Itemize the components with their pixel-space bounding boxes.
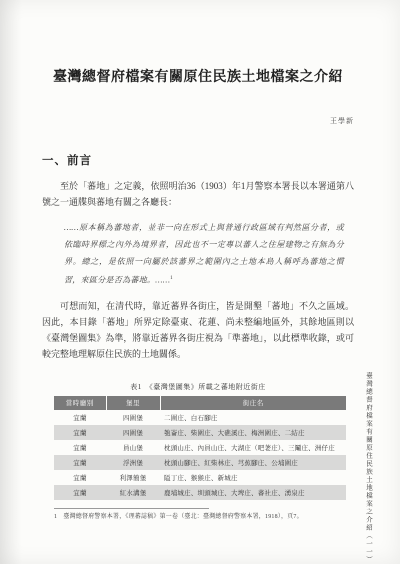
table-row: 宜蘭 浮洲堡 枕頭山腳庄、紅柴林庄、芎蕉腳庄、公埔圍庄 bbox=[54, 455, 346, 470]
table-row: 宜蘭 四圍堡 匏崙庄、柴圍庄、大礁溪庄、梅洲圍庄、二結庄 bbox=[54, 425, 346, 440]
column-header-prefecture: 當時廳別 bbox=[54, 396, 106, 410]
gazetteer-table: 當時廳別 堡里 街庄名 宜蘭 四圍堡 二圍庄、白石腳庄 宜蘭 四圍堡 匏崙庄、柴… bbox=[54, 396, 346, 500]
paragraph-discussion: 可想而知，在清代時，靠近蕃界各街庄，皆是開墾「蕃地」不久之區域。因此，本目錄「蕃… bbox=[42, 298, 354, 362]
column-header-villages: 街庄名 bbox=[160, 396, 346, 410]
footnote-separator bbox=[54, 508, 209, 509]
column-header-district: 堡里 bbox=[106, 396, 160, 410]
cell-villages: 隘丁庄、猴猴庄、新城庄 bbox=[160, 470, 346, 485]
block-quote: ……原本稱為蕃地者，並非一向在形式上與普通行政區域有判然區分者，或依臨時界標之內… bbox=[64, 219, 344, 289]
table-row: 宜蘭 員山堡 枕頭山庄、內員山庄、大湖庄（吧荖庄）、三鬮庄、洲仔庄 bbox=[54, 440, 346, 455]
cell-district: 浮洲堡 bbox=[106, 455, 160, 470]
table-body: 宜蘭 四圍堡 二圍庄、白石腳庄 宜蘭 四圍堡 匏崙庄、柴圍庄、大礁溪庄、梅洲圍庄… bbox=[54, 410, 346, 500]
page-title: 臺灣總督府檔案有關原住民族土地檔案之介紹 bbox=[42, 66, 354, 86]
cell-prefecture: 宜蘭 bbox=[54, 440, 106, 455]
cell-prefecture: 宜蘭 bbox=[54, 410, 106, 425]
table-row: 宜蘭 紅水溝堡 鹿埔城庄、圳頭城庄、大埤庄、蕃社庄、湧泉庄 bbox=[54, 485, 346, 500]
table-row: 宜蘭 利澤簡堡 隘丁庄、猴猴庄、新城庄 bbox=[54, 470, 346, 485]
scanned-document-page: 臺灣總督府檔案有關原住民族土地檔案之介紹 王學新 一、前言 至於「蕃地」之定義，… bbox=[0, 0, 400, 564]
table-header-row: 當時廳別 堡里 街庄名 bbox=[54, 396, 346, 410]
cell-district: 員山堡 bbox=[106, 440, 160, 455]
table-caption: 表1 《臺灣堡圖集》所載之蕃地附近街庄 bbox=[42, 382, 354, 392]
side-running-title: 臺灣總督府檔案有關原住民族土地檔案之介紹（一一） bbox=[364, 372, 373, 564]
cell-district: 利澤簡堡 bbox=[106, 470, 160, 485]
block-quote-text: ……原本稱為蕃地者，並非一向在形式上與普通行政區域有判然區分者，或依臨時界標之內… bbox=[64, 223, 344, 285]
table-row: 宜蘭 四圍堡 二圍庄、白石腳庄 bbox=[54, 410, 346, 425]
cell-villages: 匏崙庄、柴圍庄、大礁溪庄、梅洲圍庄、二結庄 bbox=[160, 425, 346, 440]
paragraph-intro: 至於「蕃地」之定義，依照明治36（1903）年1月警察本署長以本署通第八號之一通… bbox=[42, 178, 354, 210]
table-block: 表1 《臺灣堡圖集》所載之蕃地附近街庄 當時廳別 堡里 街庄名 宜蘭 四圍堡 二… bbox=[42, 382, 354, 500]
cell-prefecture: 宜蘭 bbox=[54, 455, 106, 470]
cell-district: 紅水溝堡 bbox=[106, 485, 160, 500]
cell-villages: 枕頭山庄、內員山庄、大湖庄（吧荖庄）、三鬮庄、洲仔庄 bbox=[160, 440, 346, 455]
cell-district: 四圍堡 bbox=[106, 425, 160, 440]
author-name: 王學新 bbox=[42, 116, 354, 126]
section-heading-preface: 一、前言 bbox=[42, 152, 354, 168]
page-content: 臺灣總督府檔案有關原住民族土地檔案之介紹 王學新 一、前言 至於「蕃地」之定義，… bbox=[42, 0, 354, 520]
footnote-text: 1 臺灣總督府警察本署，《理蕃誌稿》第一卷（臺北：臺灣總督府警察本署，1918）… bbox=[54, 511, 354, 520]
cell-prefecture: 宜蘭 bbox=[54, 425, 106, 440]
cell-villages: 鹿埔城庄、圳頭城庄、大埤庄、蕃社庄、湧泉庄 bbox=[160, 485, 346, 500]
cell-villages: 枕頭山腳庄、紅柴林庄、芎蕉腳庄、公埔圍庄 bbox=[160, 455, 346, 470]
footnote-reference-mark: 1 bbox=[170, 276, 173, 281]
cell-prefecture: 宜蘭 bbox=[54, 470, 106, 485]
cell-district: 四圍堡 bbox=[106, 410, 160, 425]
cell-villages: 二圍庄、白石腳庄 bbox=[160, 410, 346, 425]
cell-prefecture: 宜蘭 bbox=[54, 485, 106, 500]
